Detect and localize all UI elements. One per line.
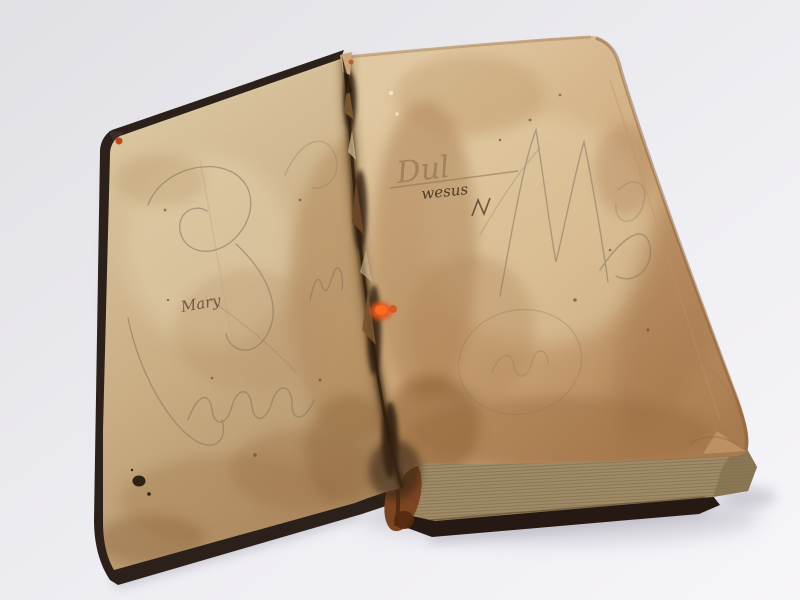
corner-wax-chip: [116, 138, 123, 145]
book-photo-canvas: Mary: [0, 0, 800, 600]
photo-of-open-antique-book: Mary: [0, 0, 800, 600]
